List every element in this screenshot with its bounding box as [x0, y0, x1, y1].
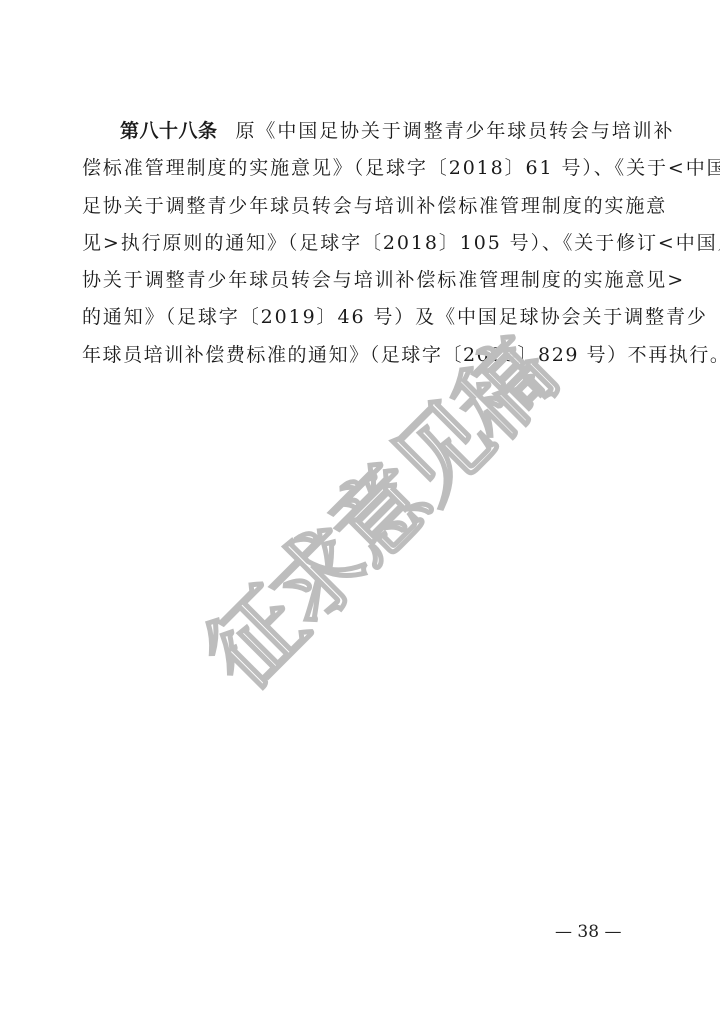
page-number: — 38 —	[555, 922, 635, 942]
article-line-2: 偿标准管理制度的实施意见》（足球字〔2018〕61 号）、《关于<中国	[82, 150, 642, 187]
article-line-6: 的通知》（足球字〔2019〕46 号）及《中国足球协会关于调整青少	[82, 299, 642, 336]
article-line-5: 协关于调整青少年球员转会与培训补偿标准管理制度的实施意见>	[82, 262, 642, 299]
article-line-3: 足协关于调整青少年球员转会与培训补偿标准管理制度的实施意	[82, 188, 642, 225]
article-line-1: 第八十八条原《中国足协关于调整青少年球员转会与培训补	[82, 113, 642, 150]
article-88: 第八十八条原《中国足协关于调整青少年球员转会与培训补 偿标准管理制度的实施意见》…	[82, 113, 642, 374]
document-page: 第八十八条原《中国足协关于调整青少年球员转会与培训补 偿标准管理制度的实施意见》…	[0, 0, 720, 1018]
draft-watermark: 征求意见稿	[185, 321, 575, 711]
article-line-4: 见>执行原则的通知》（足球字〔2018〕105 号）、《关于修订<中国足	[82, 225, 642, 262]
article-line-7: 年球员培训补偿费标准的通知》（足球字〔2023〕829 号）不再执行。	[82, 337, 642, 374]
article-text: 原《中国足协关于调整青少年球员转会与培训补	[236, 120, 675, 142]
article-title: 第八十八条	[120, 120, 218, 142]
